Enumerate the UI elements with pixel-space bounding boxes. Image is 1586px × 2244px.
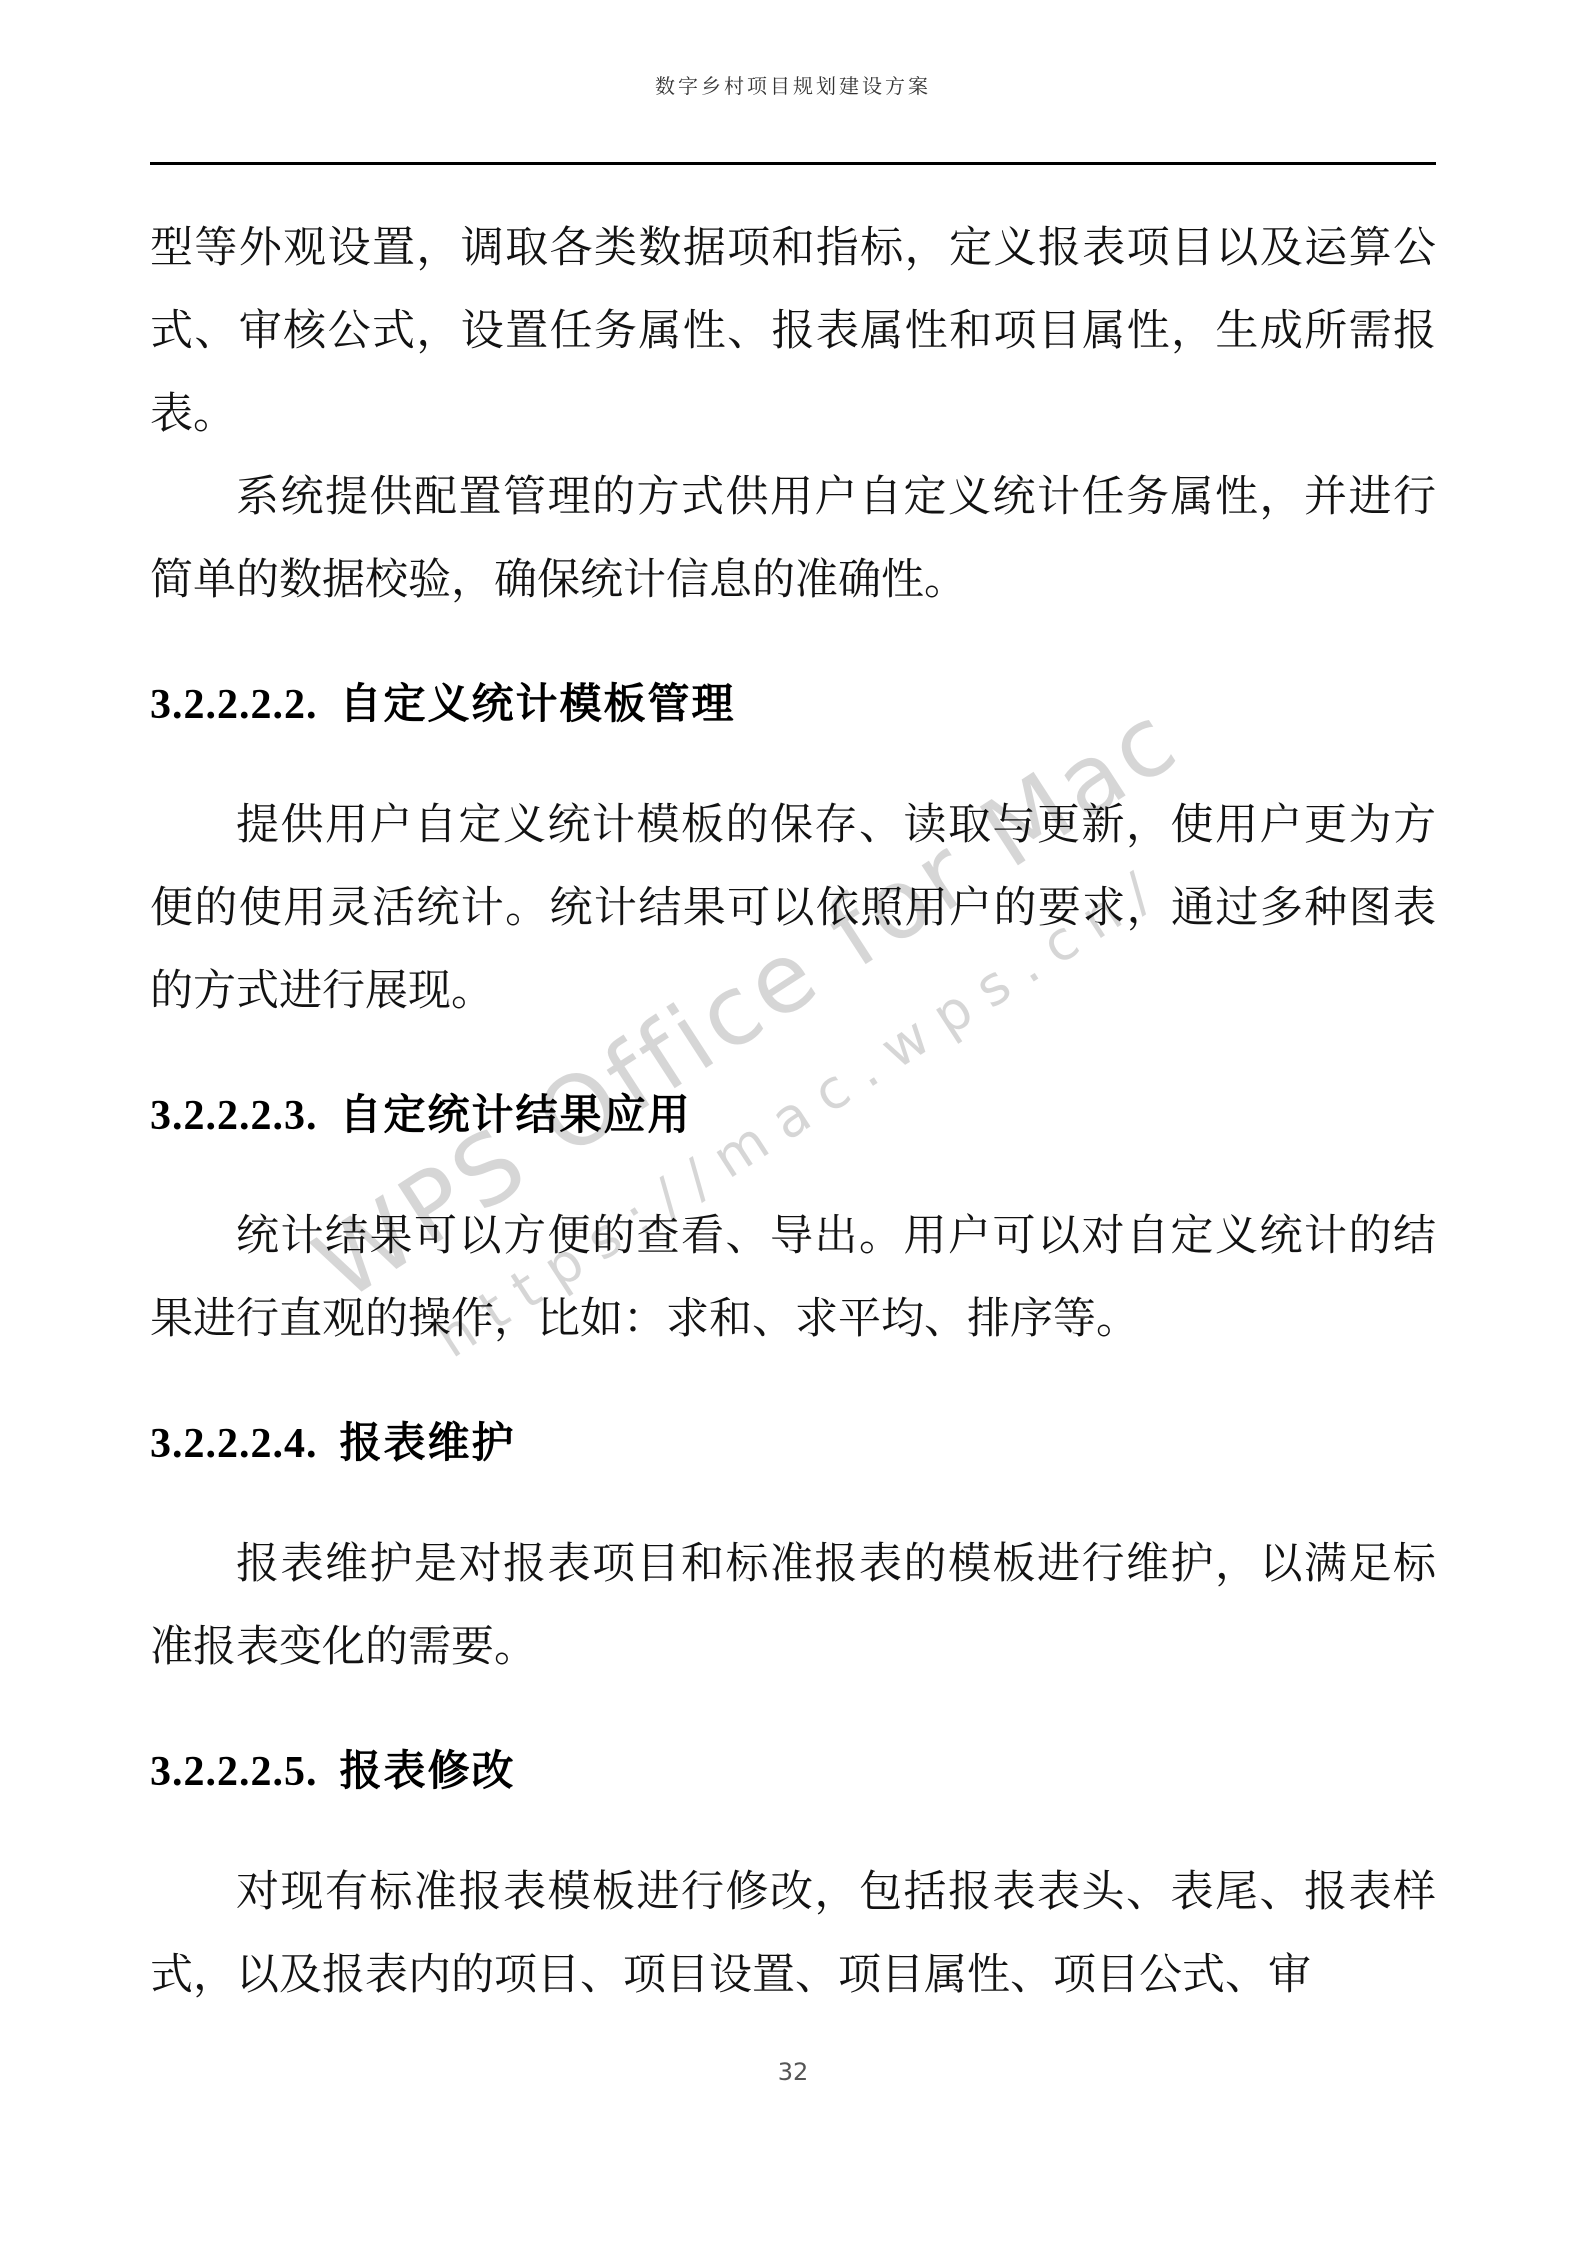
paragraph-continued: 型等外观设置，调取各类数据项和指标，定义报表项目以及运算公式、审核公式，设置任务…: [150, 207, 1436, 456]
document-content: 型等外观设置，调取各类数据项和指标，定义报表项目以及运算公式、审核公式，设置任务…: [150, 207, 1436, 2017]
heading-title: 报表修改: [340, 1746, 516, 1795]
heading-3-2-2-2-4: 3.2.2.2.4.报表维护: [150, 1401, 1436, 1486]
heading-number: 3.2.2.2.5.: [150, 1749, 318, 1795]
heading-title: 自定统计结果应用: [340, 1090, 692, 1139]
heading-title: 报表维护: [340, 1418, 516, 1467]
page-header: 数字乡村项目规划建设方案: [150, 72, 1436, 102]
heading-number: 3.2.2.2.2.: [150, 682, 318, 728]
paragraph: 对现有标准报表模板进行修改，包括报表表头、表尾、报表样式，以及报表内的项目、项目…: [150, 1851, 1436, 2017]
paragraph: 报表维护是对报表项目和标准报表的模板进行维护，以满足标准报表变化的需要。: [150, 1523, 1436, 1689]
paragraph: 统计结果可以方便的查看、导出。用户可以对自定义统计的结果进行直观的操作，比如：求…: [150, 1195, 1436, 1361]
heading-number: 3.2.2.2.3.: [150, 1093, 318, 1139]
heading-3-2-2-2-2: 3.2.2.2.2.自定义统计模板管理: [150, 662, 1436, 747]
page-number: 32: [0, 2058, 1586, 2086]
heading-title: 自定义统计模板管理: [340, 679, 736, 728]
document-page: WPS Office for Mac https://mac.wps.cn/ 数…: [0, 0, 1586, 2244]
paragraph: 系统提供配置管理的方式供用户自定义统计任务属性，并进行简单的数据校验，确保统计信…: [150, 456, 1436, 622]
header-title: 数字乡村项目规划建设方案: [655, 76, 931, 98]
heading-3-2-2-2-3: 3.2.2.2.3.自定统计结果应用: [150, 1073, 1436, 1158]
paragraph: 提供用户自定义统计模板的保存、读取与更新，使用户更为方便的使用灵活统计。统计结果…: [150, 784, 1436, 1033]
heading-3-2-2-2-5: 3.2.2.2.5.报表修改: [150, 1729, 1436, 1814]
header-divider: [150, 162, 1436, 165]
page-body: 数字乡村项目规划建设方案 型等外观设置，调取各类数据项和指标，定义报表项目以及运…: [150, 72, 1436, 2017]
heading-number: 3.2.2.2.4.: [150, 1421, 318, 1467]
